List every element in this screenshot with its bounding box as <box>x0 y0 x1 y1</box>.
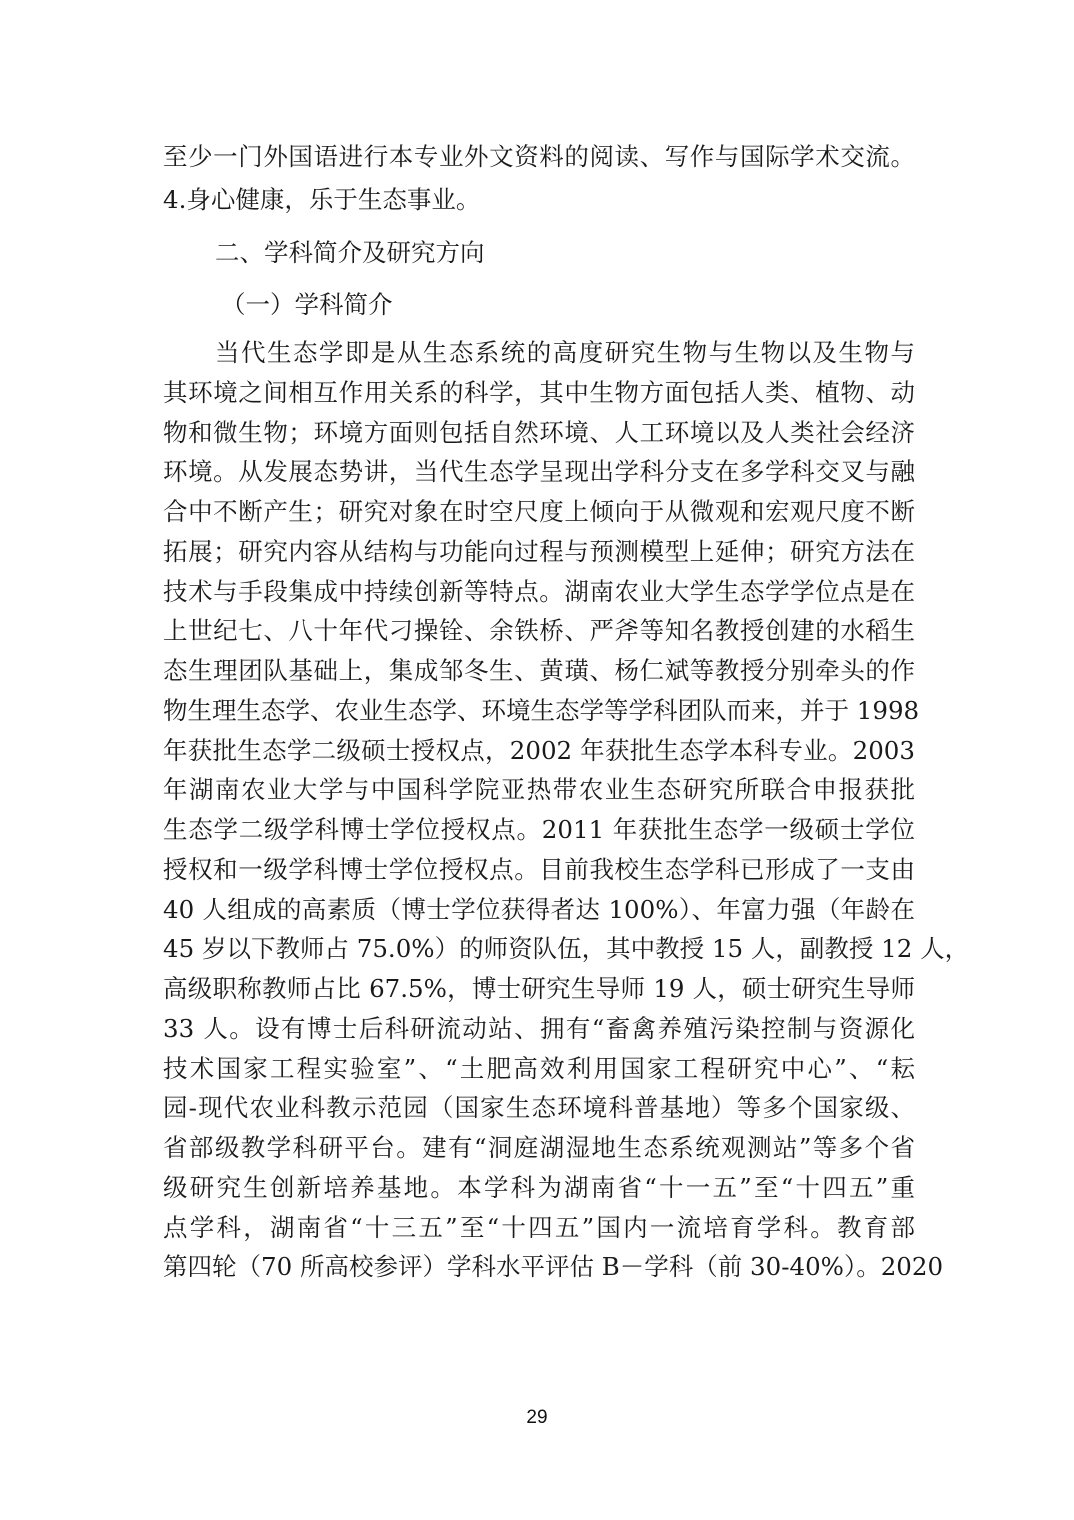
paragraph-line: 省部级教学科研平台。建有“洞庭湖湿地生态系统观测站”等多个省 <box>163 1133 915 1163</box>
paragraph-line: 上世纪七、八十年代刁操铨、余铁桥、严斧等知名教授创建的水稻生 <box>163 616 915 646</box>
paragraph-line: 33 人。设有博士后科研流动站、拥有“畜禽养殖污染控制与资源化 <box>163 1014 915 1044</box>
section-heading: 二、学科简介及研究方向 <box>215 238 485 268</box>
paragraph-line: 园-现代农业科教示范园（国家生态环境科普基地）等多个国家级、 <box>163 1093 915 1123</box>
paragraph-line: 物和微生物；环境方面则包括自然环境、人工环境以及人类社会经济 <box>163 418 915 448</box>
paragraph-line: 级研究生创新培养基地。本学科为湖南省“十一五”至“十四五”重 <box>163 1173 915 1203</box>
paragraph-line: 合中不断产生；研究对象在时空尺度上倾向于从微观和宏观尺度不断 <box>163 497 915 527</box>
paragraph-line: 第四轮（70 所高校参评）学科水平评估 B－学科（前 30-40%）。2020 <box>163 1252 915 1282</box>
list-item-4: 4.身心健康，乐于生态事业。 <box>163 185 915 215</box>
subsection-heading: （一）学科简介 <box>221 290 393 320</box>
paragraph-line: 其环境之间相互作用关系的科学，其中生物方面包括人类、植物、动 <box>163 378 915 408</box>
paragraph-line: 环境。从发展态势讲，当代生态学呈现出学科分支在多学科交叉与融 <box>163 457 915 487</box>
paragraph-line: 45 岁以下教师占 75.0%）的师资队伍，其中教授 15 人，副教授 12 人… <box>163 934 915 964</box>
paragraph-line: 高级职称教师占比 67.5%，博士研究生导师 19 人，硕士研究生导师 <box>163 974 915 1004</box>
paragraph-line: 当代生态学即是从生态系统的高度研究生物与生物以及生物与 <box>215 338 915 368</box>
page-number: 29 <box>0 1407 1074 1429</box>
paragraph-line: 年获批生态学二级硕士授权点，2002 年获批生态学本科专业。2003 <box>163 736 915 766</box>
paragraph-line: 技术国家工程实验室”、“土肥高效利用国家工程研究中心”、“耘 <box>163 1054 915 1084</box>
paragraph-line: 技术与手段集成中持续创新等特点。湖南农业大学生态学学位点是在 <box>163 577 915 607</box>
paragraph-line: 物生理生态学、农业生态学、环境生态学等学科团队而来，并于 1998 <box>163 696 915 726</box>
paragraph-line: 生态学二级学科博士学位授权点。2011 年获批生态学一级硕士学位 <box>163 815 915 845</box>
text-line-1: 至少一门外国语进行本专业外文资料的阅读、写作与国际学术交流。 <box>163 142 915 172</box>
paragraph-line: 态生理团队基础上，集成邹冬生、黄璜、杨仁斌等教授分别牵头的作 <box>163 656 915 686</box>
paragraph-line: 授权和一级学科博士学位授权点。目前我校生态学科已形成了一支由 <box>163 855 915 885</box>
paragraph-line: 点学科，湖南省“十三五”至“十四五”国内一流培育学科。教育部 <box>163 1213 915 1243</box>
paragraph-line: 拓展；研究内容从结构与功能向过程与预测模型上延伸；研究方法在 <box>163 537 915 567</box>
paragraph-line: 年湖南农业大学与中国科学院亚热带农业生态研究所联合申报获批 <box>163 775 915 805</box>
paragraph-line: 40 人组成的高素质（博士学位获得者达 100%）、年富力强（年龄在 <box>163 895 915 925</box>
